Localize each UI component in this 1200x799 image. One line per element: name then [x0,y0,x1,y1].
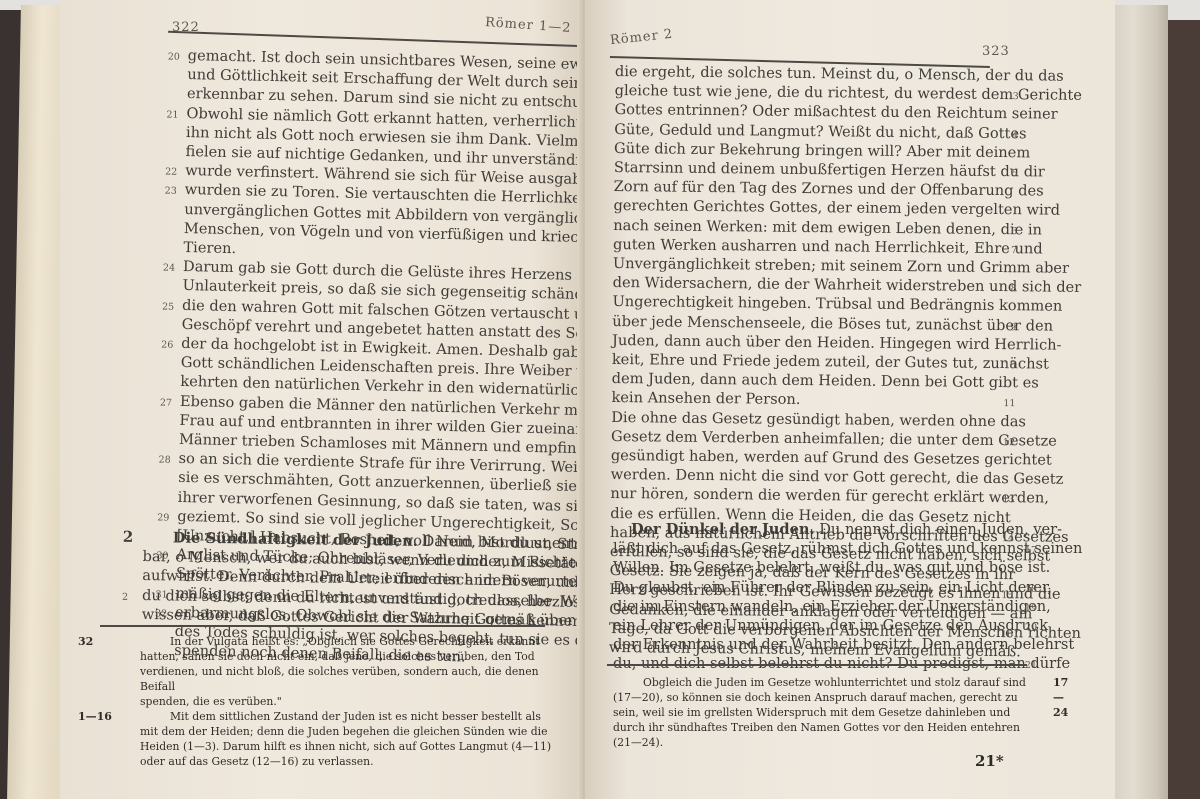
verse-number: 20 [168,48,181,67]
footnote-line: durch ihr sündhaftes Treiben den Namen G… [613,720,1043,735]
footnote-rule [607,664,1027,666]
section-dunkel: Der Dünkel der Juden. Du nennst dich ein… [613,520,1013,674]
footnote-line: (17—20), so können sie doch keinen Anspr… [613,690,1043,705]
verse-number: 5 [1012,164,1018,183]
running-head: Römer 1—2 [485,15,572,36]
verse-number: 17 [1025,541,1037,560]
verse-number: 21 [166,105,179,124]
line-text: Du glaubst, ein Führer der Blinden zu se… [613,579,1052,596]
footnote: 32In der Vulgata heißt es: „Obgleich sie… [140,634,570,709]
line-text: Willen. Im Gesetze belehrt, weißt du, wa… [613,559,1050,576]
footnote-rule [100,625,545,627]
footnote-line: sein, weil sie im grellsten Widerspruch … [613,705,1043,720]
verse-number: 21 [1025,656,1037,675]
footnote-ref: 1—16 [78,709,112,724]
footnote-line: oder auf das Gesetz (12—16) zu verlassen… [140,754,570,769]
left-page: 322 Römer 1—2 gemacht. Ist doch sein uns… [60,0,585,799]
footnote: 1—16Mit dem sittlichen Zustand der Juden… [140,709,570,769]
footnotes: 32In der Vulgata heißt es: „Obgleich sie… [140,634,570,769]
verse-number: 4 [1012,126,1018,145]
footnote-line: hatten, sahen sie doch nicht ein, daß je… [140,649,570,664]
page-number: 323 [982,44,1010,59]
footnotes: 17—24Obgleich die Juden im Gesetze wohlu… [613,675,1043,750]
verse-number: 29 [157,508,170,527]
verse-number: 8 [1010,279,1016,298]
text-line: Du nennst dich einen Juden, ver- [815,521,1063,538]
footnote: 17—24Obgleich die Juden im Gesetze wohlu… [613,675,1043,750]
footnote-ref: 17—24 [1053,675,1068,720]
right-page: Römer 2 323 die ergeht, die solches tun.… [585,0,1115,799]
footnote-line: Obgleich die Juden im Gesetze wohlunterr… [613,675,1043,690]
verse-number: 27 [160,393,173,412]
footnote-line: verdienen, und nicht bloß, die solches v… [140,664,570,694]
verse-number: 11 [1003,395,1015,414]
running-head: Römer 2 [609,27,673,49]
text-line: der Erkenntnis und der Wahrheit besitzt.… [613,635,1013,654]
verse-number: 28 [158,451,171,470]
line-text: Tieren. [183,239,236,257]
verse-number: 12 [1003,433,1015,452]
verse-number: 3 [1013,87,1019,106]
verse-number: 20 [1025,618,1037,637]
text-line: läßt dich auf das Gesetz, rühmst dich Go… [613,539,1013,558]
verse-number: 7 [1011,241,1017,260]
footnote-line: (21—24). [613,735,1043,750]
line-text: kein Ansehen der Person. [611,389,800,408]
page-edges-right [1110,5,1168,799]
header-rule [168,31,586,48]
footnote-line: Heiden (1—3). Darum hilft es ihnen nicht… [140,739,570,754]
verse-number: 6 [1011,222,1017,241]
line-text: die im Finstern wandeln, ein Erzieher de… [613,598,1051,615]
line-text: läßt dich auf das Gesetz, rühmst dich Go… [613,540,1082,557]
text-line: Willen. Im Gesetze belehrt, weißt du, wa… [613,558,1013,577]
verse-number: 13 [1002,491,1014,510]
verse-number: 2 [122,587,128,606]
verse-number: 19 [1025,599,1037,618]
chapter-2-section: 2Die Sündhaftigkeit der Juden. Darum bis… [142,528,553,630]
footnote-line: In der Vulgata heißt es: „Obgleich sie G… [140,634,570,649]
line-text: der Erkenntnis und der Wahrheit besitzt.… [613,636,1074,653]
verse-number: 22 [165,163,178,182]
footnote-line: spenden, die es verüben." [140,694,570,709]
verse-number: 18 [1025,580,1037,599]
text-line: die im Finstern wandeln, ein Erzieher de… [613,597,1013,616]
verse-number: 24 [163,259,176,278]
section-heading: Die Sündhaftigkeit der Juden. [143,529,418,550]
footnote-line: Mit dem sittlichen Zustand der Juden ist… [140,709,570,724]
section-heading: Der Dünkel der Juden. [613,521,815,538]
text-line: Du glaubst, ein Führer der Blinden zu se… [613,578,1013,597]
verse-number: 10 [1004,356,1016,375]
verse-number: 25 [162,297,175,316]
verse-number: 9 [1010,318,1016,337]
verse-number: 23 [164,182,177,201]
chapter-number: 2 [123,528,134,547]
text-line: ein Lehrer der Unmündigen, der im Gesetz… [613,616,1013,635]
signature-mark: 21* [975,752,1004,770]
verse-number: 26 [161,336,174,355]
footnote-ref: 32 [78,634,93,649]
line-text: ein Lehrer der Unmündigen, der im Gesetz… [613,617,1048,634]
footnote-line: mit dem der Heiden; denn die Juden begeh… [140,724,570,739]
